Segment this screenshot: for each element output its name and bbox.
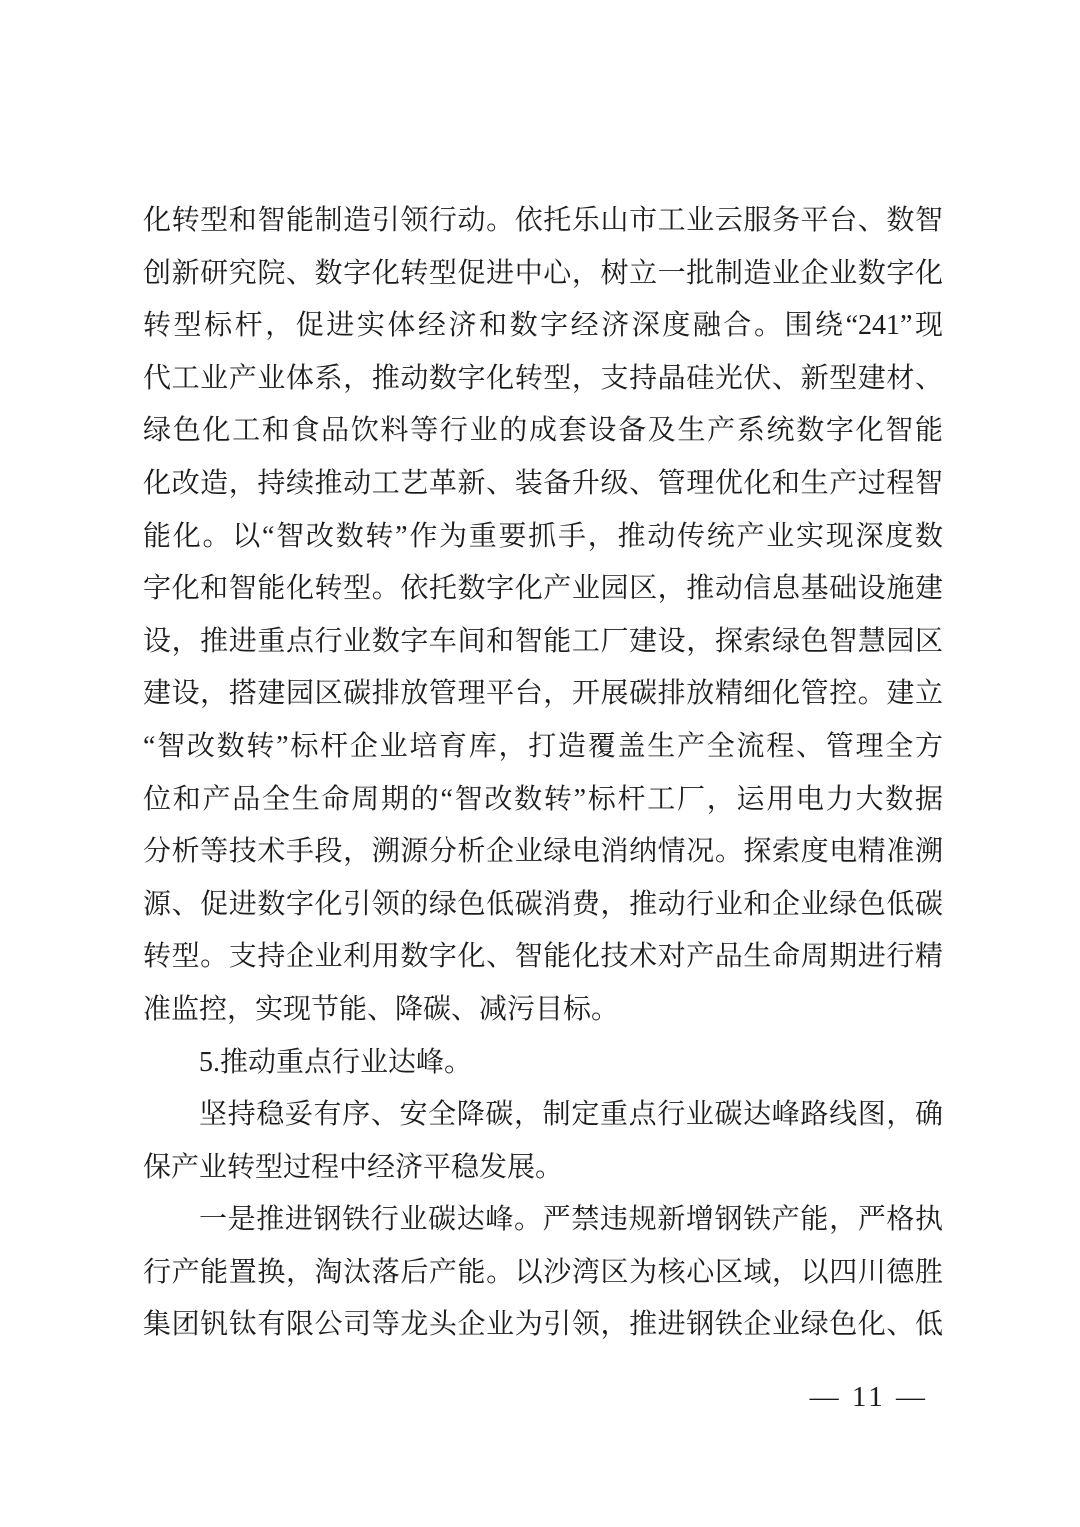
page-number: — 11 —	[810, 1381, 928, 1413]
text-line: 转型标杆，促进实体经济和数字经济深度融合。围绕“241”现	[143, 300, 943, 353]
text-line: 坚持稳妥有序、安全降碳，制定重点行业碳达峰路线图，确	[143, 1089, 943, 1142]
text-line: 5.推动重点行业达峰。	[143, 1037, 943, 1090]
text-line: 绿色化工和食品饮料等行业的成套设备及生产系统数字化智能	[143, 405, 943, 458]
text-line: 化转型和智能制造引领行动。依托乐山市工业云服务平台、数智	[143, 195, 943, 248]
text-line: 转型。支持企业利用数字化、智能化技术对产品生命周期进行精	[143, 931, 943, 984]
text-line: 分析等技术手段，溯源分析企业绿电消纳情况。探索度电精准溯	[143, 826, 943, 879]
text-line: 行产能置换，淘汰落后产能。以沙湾区为核心区域，以四川德胜	[143, 1247, 943, 1300]
text-line: 保产业转型过程中经济平稳发展。	[143, 1142, 943, 1195]
text-line: 化改造，持续推动工艺革新、装备升级、管理优化和生产过程智	[143, 458, 943, 511]
text-line: “智改数转”标杆企业培育库，打造覆盖生产全流程、管理全方	[143, 721, 943, 774]
text-line: 代工业产业体系，推动数字化转型，支持晶硅光伏、新型建材、	[143, 353, 943, 406]
text-line: 创新研究院、数字化转型促进中心，树立一批制造业企业数字化	[143, 248, 943, 301]
text-line: 位和产品全生命周期的“智改数转”标杆工厂，运用电力大数据	[143, 774, 943, 827]
text-line: 准监控，实现节能、降碳、减污目标。	[143, 984, 943, 1037]
text-line: 集团钒钛有限公司等龙头企业为引领，推进钢铁企业绿色化、低	[143, 1299, 943, 1352]
text-line: 源、促进数字化引领的绿色低碳消费，推动行业和企业绿色低碳	[143, 879, 943, 932]
text-line: 能化。以“智改数转”作为重要抓手，推动传统产业实现深度数	[143, 511, 943, 564]
document-page: 化转型和智能制造引领行动。依托乐山市工业云服务平台、数智创新研究院、数字化转型促…	[0, 0, 1080, 1527]
text-line: 字化和智能化转型。依托数字化产业园区，推动信息基础设施建	[143, 563, 943, 616]
text-line: 设，推进重点行业数字车间和智能工厂建设，探索绿色智慧园区	[143, 616, 943, 669]
text-line: 一是推进钢铁行业碳达峰。严禁违规新增钢铁产能，严格执	[143, 1194, 943, 1247]
text-line: 建设，搭建园区碳排放管理平台，开展碳排放精细化管控。建立	[143, 668, 943, 721]
text-block: 化转型和智能制造引领行动。依托乐山市工业云服务平台、数智创新研究院、数字化转型促…	[143, 195, 943, 1352]
